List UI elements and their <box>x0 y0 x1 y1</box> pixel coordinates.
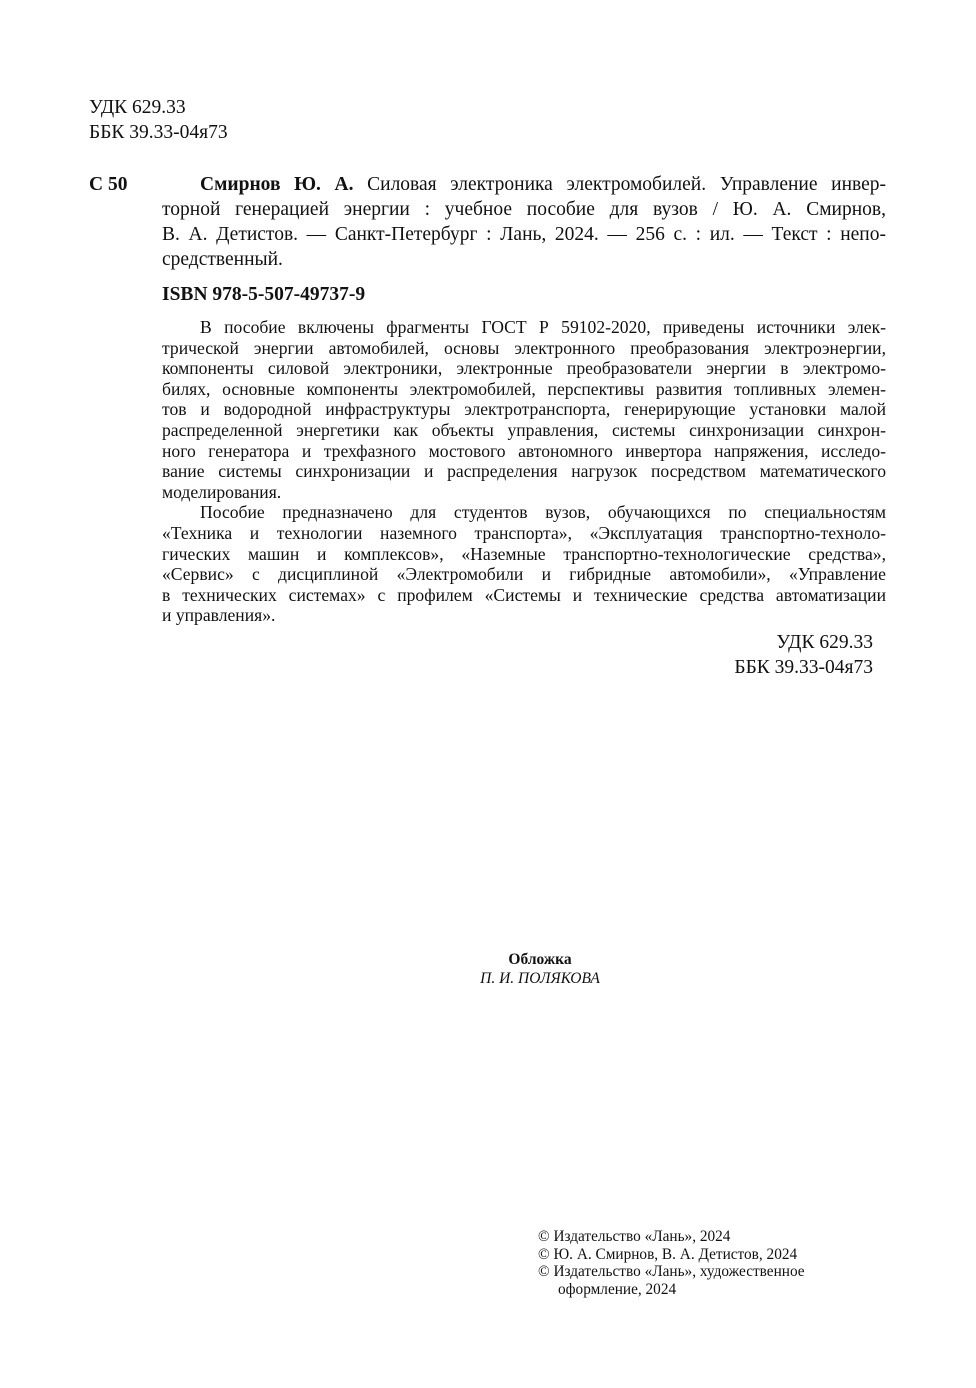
biblio-line: торной генерацией энергии : учебное посо… <box>162 197 886 222</box>
biblio-line: В. А. Детистов. — Санкт-Петербург : Лань… <box>162 222 886 247</box>
abstract-line: моделирования. <box>162 482 886 503</box>
copyright-block: © Издательство «Лань», 2024 © Ю. А. Смир… <box>538 1228 805 1298</box>
bibliographic-record: Смирнов Ю. А. Силовая электроника электр… <box>162 172 886 272</box>
udk-code: УДК 629.33 <box>700 630 873 655</box>
author-name: Смирнов Ю. А. <box>200 174 354 195</box>
copyright-line-continuation: оформление, 2024 <box>538 1281 805 1299</box>
bbk-code: ББК 39.33-04я73 <box>700 655 873 680</box>
abstract-paragraph-2: Пособие предназначено для студентов вузо… <box>162 502 886 626</box>
abstract-line: компоненты силовой электроники, электрон… <box>162 358 886 379</box>
abstract-line: ного генератора и трехфазного мостового … <box>162 441 886 462</box>
abstract-line: и управления». <box>162 605 886 626</box>
isbn: ISBN 978-5-507-49737-9 <box>162 282 365 307</box>
abstract-line: Пособие предназначено для студентов вузо… <box>162 502 886 523</box>
copyright-line: © Ю. А. Смирнов, В. А. Детистов, 2024 <box>538 1246 805 1264</box>
abstract-line: билях, основные компоненты электромобиле… <box>162 379 886 400</box>
abstract-line: гических машин и комплексов», «Наземные … <box>162 544 886 565</box>
cover-designer-name: П. И. ПОЛЯКОВА <box>420 969 660 988</box>
cover-credit: Обложка П. И. ПОЛЯКОВА <box>420 950 660 988</box>
abstract-line: распределенной энергетики как объекты уп… <box>162 420 886 441</box>
abstract-line: вание системы синхронизации и распределе… <box>162 461 886 482</box>
biblio-line: средственный. <box>162 247 886 272</box>
copyright-line: © Издательство «Лань», 2024 <box>538 1228 805 1246</box>
abstract-line: тов и водородной инфраструктуры электрот… <box>162 399 886 420</box>
bbk-code: ББК 39.33-04я73 <box>89 120 228 145</box>
abstract: В пособие включены фрагменты ГОСТ Р 5910… <box>162 317 886 626</box>
abstract-line: В пособие включены фрагменты ГОСТ Р 5910… <box>162 317 886 338</box>
classification-bottom: УДК 629.33 ББК 39.33-04я73 <box>700 630 873 680</box>
cover-credit-label: Обложка <box>420 950 660 969</box>
abstract-line: в технических системах» с профилем «Сист… <box>162 585 886 606</box>
author-code: С 50 <box>89 172 127 197</box>
classification-top: УДК 629.33 ББК 39.33-04я73 <box>89 95 228 145</box>
abstract-paragraph-1: В пособие включены фрагменты ГОСТ Р 5910… <box>162 317 886 502</box>
abstract-line: трической энергии автомобилей, основы эл… <box>162 338 886 359</box>
biblio-line: Смирнов Ю. А. Силовая электроника электр… <box>162 172 886 197</box>
abstract-line: «Сервис» с дисциплиной «Электромобили и … <box>162 564 886 585</box>
copyright-line: © Издательство «Лань», художественное <box>538 1263 805 1281</box>
udk-code: УДК 629.33 <box>89 95 228 120</box>
abstract-line: «Техника и технологии наземного транспор… <box>162 523 886 544</box>
